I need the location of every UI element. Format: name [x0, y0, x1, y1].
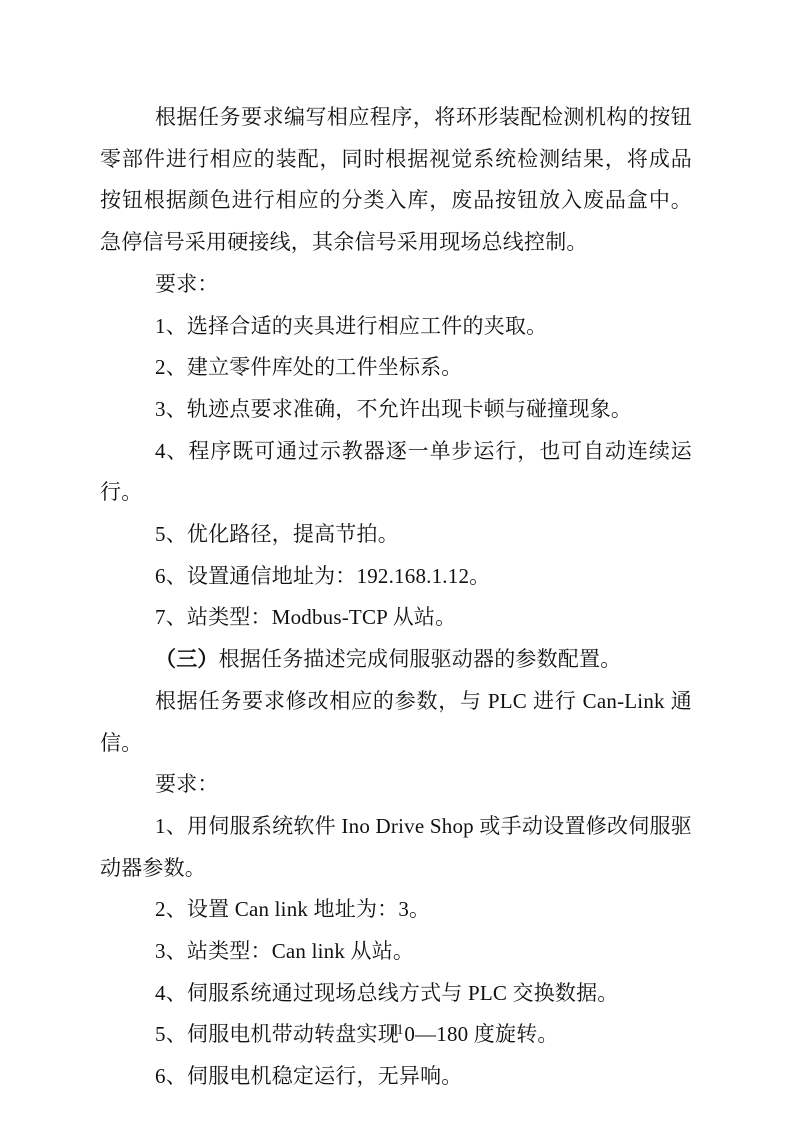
section2-heading: （三）根据任务描述完成伺服驱动器的参数配置。 [100, 639, 692, 681]
document-body: 根据任务要求编写相应程序，将环形装配检测机构的按钮零部件进行相应的装配，同时根据… [100, 97, 692, 1098]
section2-requirement-item-1: 1、用伺服系统软件 Ino Drive Shop 或手动设置修改伺服驱动器参数。 [100, 806, 692, 889]
document-page: 根据任务要求编写相应程序，将环形装配检测机构的按钮零部件进行相应的装配，同时根据… [0, 0, 793, 1122]
section2-heading-number: （三） [155, 647, 219, 671]
section2-requirement-item-6: 6、伺服电机稳定运行，无异响。 [100, 1056, 692, 1098]
section2-requirement-item-4: 4、伺服系统通过现场总线方式与 PLC 交换数据。 [100, 973, 692, 1015]
section1-requirement-item-1: 1、选择合适的夹具进行相应工件的夹取。 [100, 306, 692, 348]
section2-intro-paragraph: 根据任务要求修改相应的参数，与 PLC 进行 Can-Link 通信。 [100, 681, 692, 764]
section2-requirement-item-3: 3、站类型：Can link 从站。 [100, 931, 692, 973]
section1-requirement-item-2: 2、建立零件库处的工件坐标系。 [100, 347, 692, 389]
section2-requirements-label: 要求： [100, 764, 692, 806]
section1-intro-paragraph: 根据任务要求编写相应程序，将环形装配检测机构的按钮零部件进行相应的装配，同时根据… [100, 97, 692, 264]
section1-requirement-item-7: 7、站类型：Modbus-TCP 从站。 [100, 597, 692, 639]
section1-requirement-item-6: 6、设置通信地址为：192.168.1.12。 [100, 556, 692, 598]
page-number: 11 [0, 1021, 793, 1039]
section1-requirement-item-4: 4、程序既可通过示教器逐一单步运行，也可自动连续运行。 [100, 431, 692, 514]
section1-requirement-item-3: 3、轨迹点要求准确，不允许出现卡顿与碰撞现象。 [100, 389, 692, 431]
section1-requirements-label: 要求： [100, 264, 692, 306]
section1-requirement-item-5: 5、优化路径，提高节拍。 [100, 514, 692, 556]
section2-heading-text: 根据任务描述完成伺服驱动器的参数配置。 [219, 647, 622, 671]
section2-requirement-item-2: 2、设置 Can link 地址为：3。 [100, 889, 692, 931]
